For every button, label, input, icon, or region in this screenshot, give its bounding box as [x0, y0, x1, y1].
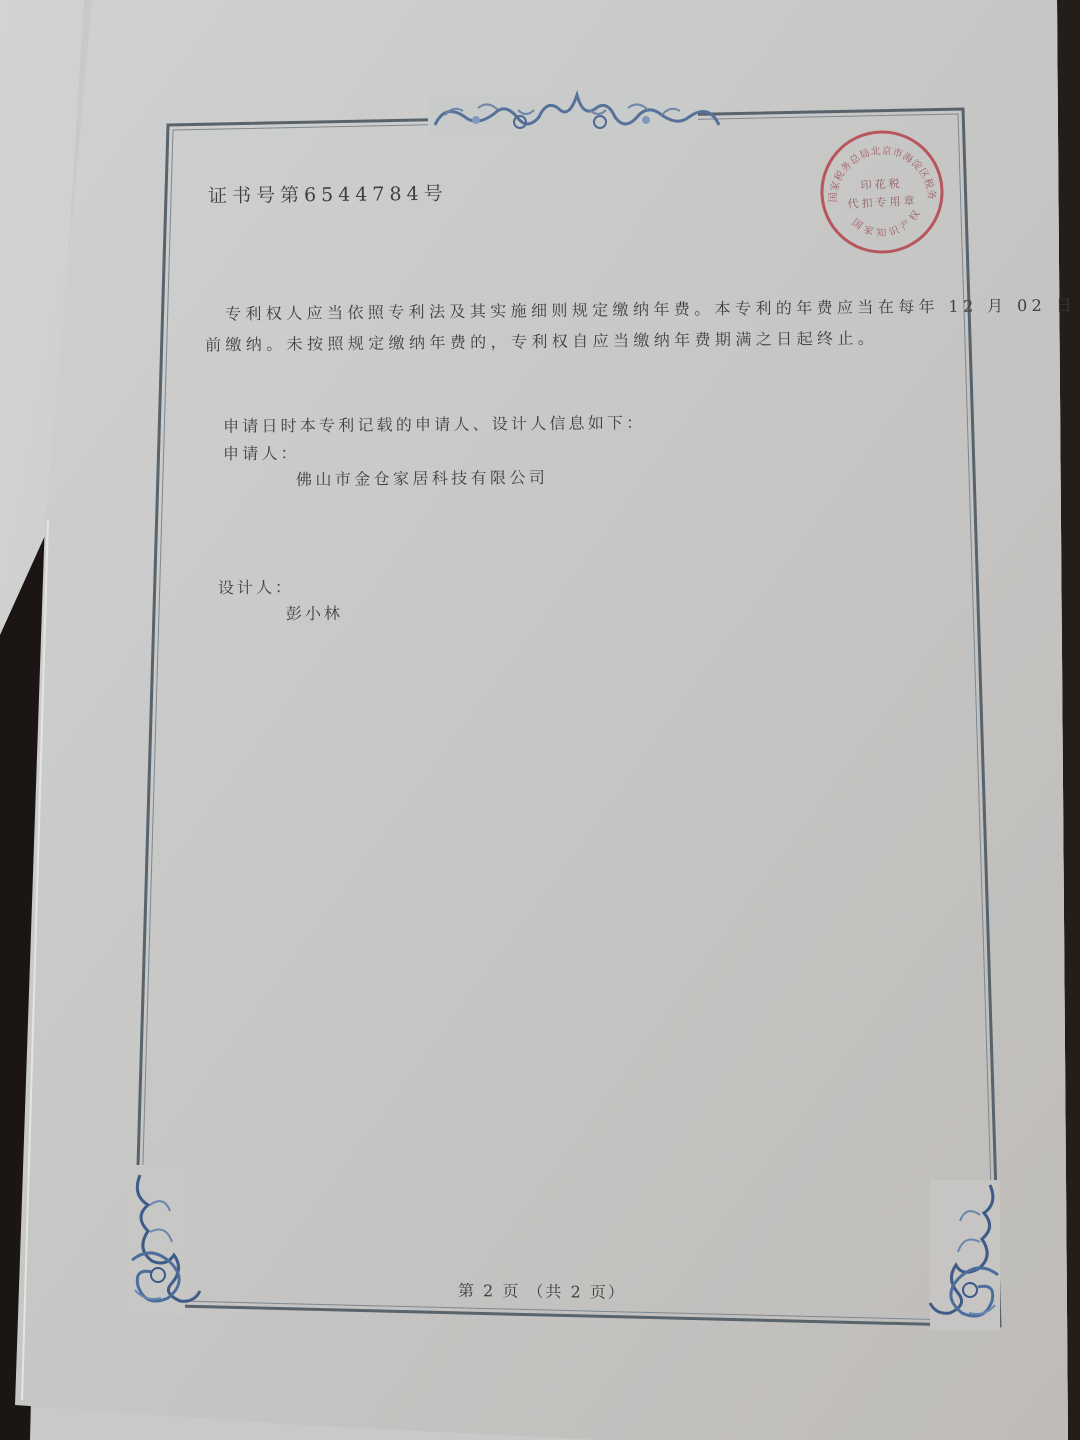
certificate-number: 证书号第6544784号 — [208, 179, 448, 209]
document-photo: 证书号第6544784号 专利权人应当依照专利法及其实施细则规定缴纳年费。本专利… — [0, 0, 1080, 1440]
top-ornament — [428, 95, 719, 136]
designer-label: 设计人： — [218, 575, 294, 599]
tax-seal-stamp: 国家税务总局北京市海淀区税务局 国家知识产权局 印花税 代扣专用章 — [815, 125, 950, 260]
page-footer: 第 2 页 （共 2 页） — [458, 1278, 626, 1303]
info-intro: 申请日时本专利记载的申请人、设计人信息如下： — [223, 410, 646, 437]
corner-ornament-bottom-right — [930, 1180, 1000, 1330]
designer-name: 彭小林 — [286, 601, 343, 624]
applicant-name: 佛山市金仓家居科技有限公司 — [296, 465, 548, 490]
applicant-label: 申请人： — [223, 441, 300, 465]
